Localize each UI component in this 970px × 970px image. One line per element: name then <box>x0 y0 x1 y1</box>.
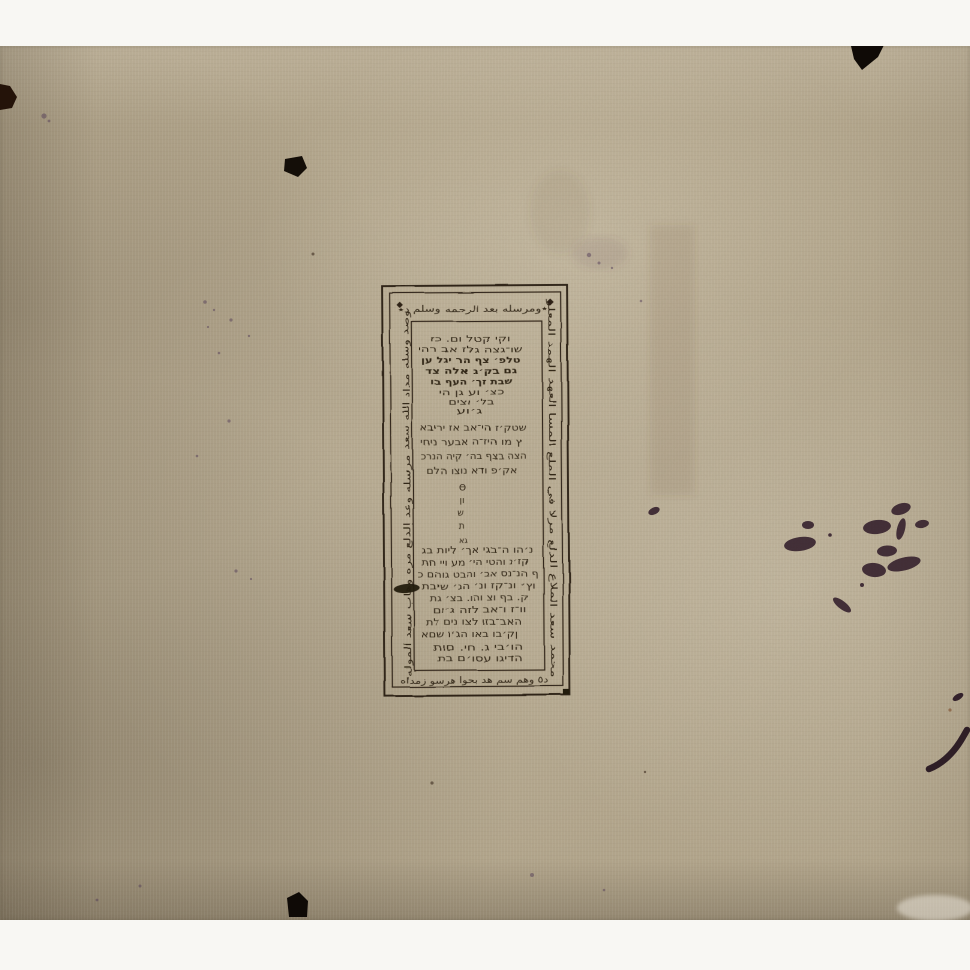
glare-patch <box>897 895 970 921</box>
photo-frame: ٭ومرسله بعد الرحمه وسلم د٭ د٥ وهم سم هد … <box>0 0 970 970</box>
speckle <box>227 419 230 422</box>
script-line: נ׳הו ה־בגי אך׳ ליות בג <box>421 545 533 557</box>
speck <box>312 253 315 256</box>
script-line: וו־ז ו־אב לזה ג׳ום <box>433 605 527 617</box>
script-line: הו׳בי ג. חי. םות <box>433 642 523 654</box>
ink-splatter <box>802 521 814 529</box>
stem-glyph: Ɵ <box>458 483 465 493</box>
speckle <box>196 455 199 458</box>
script-line: האב־בזו לצו נים לת <box>426 617 522 629</box>
stamp-lower-block: נ׳הו ה־בגי אך׳ ליות בג קז׳נ והטי הי׳ מע … <box>417 545 539 665</box>
script-line: קז׳נ והטי הי׳ מע ויי חת <box>421 557 529 569</box>
speckle <box>248 335 250 337</box>
speckle <box>41 113 46 118</box>
speckle <box>203 300 207 304</box>
ink-splatter <box>828 533 832 537</box>
speckle <box>640 300 643 303</box>
speck <box>948 708 951 711</box>
stem-glyph: ון <box>460 496 465 506</box>
speckle <box>218 352 221 355</box>
overlay-art: ٭ومرسله بعد الرحمه وسلم د٭ د٥ وهم سم هد … <box>0 0 970 970</box>
speckle <box>234 569 237 572</box>
stem-glyph: ש <box>458 509 464 519</box>
speck <box>644 771 646 773</box>
band-script-bottom: د٥ وهم سم هد بحوا هرسو زمداه <box>400 675 548 686</box>
script-line: וץ׳ ונ־קז ונ׳ הג׳ שיבת <box>422 581 536 593</box>
rosette-line: ג׳וע <box>456 406 483 416</box>
speckle <box>96 899 99 902</box>
rosette-line: טלפ׳ צף הר יגל ען <box>422 356 521 367</box>
script-line: הדיגו עסו׳ם בת <box>437 653 522 665</box>
script-line: שטק׳ז הי־אב אז יריבא <box>421 423 527 435</box>
rosette-line: וקי קטל ום. כז <box>431 335 511 346</box>
script-line: אק׳פ ודא נוצו הלם <box>426 465 517 477</box>
speckle <box>603 889 606 892</box>
rosette-line: שו־גצה גלז אב רהי <box>419 345 523 356</box>
speckle <box>139 885 142 888</box>
speckle <box>213 309 215 311</box>
speckle <box>598 262 601 265</box>
speckle <box>229 318 232 321</box>
speckle <box>587 253 591 257</box>
vertical-streak-stain <box>650 225 695 495</box>
speck <box>430 781 433 784</box>
script-line: ף הנ־נס אב׳ והבט גוהם כ <box>418 569 539 581</box>
ink-splatter <box>860 583 864 587</box>
rosette-line: גם בק׳ג אלה צד <box>425 366 517 377</box>
speckle <box>611 267 613 269</box>
band-script-top: ٭ومرسله بعد الرحمه وسلم د٭ <box>398 304 548 315</box>
faint-brown-stain <box>530 170 590 254</box>
paper-grain-texture <box>0 46 970 920</box>
script-line: ץ מו היז־ה אבער ניחי <box>421 437 522 449</box>
script-line: ןק׳בו באו הג׳ו שםא <box>421 629 518 641</box>
speckle <box>250 578 252 580</box>
speckle <box>48 120 51 123</box>
stamp-corner-tick <box>563 689 570 695</box>
script-line: הצה בצף בה׳ קיה הנרכ <box>421 451 527 463</box>
speckle <box>207 326 209 328</box>
rosette-line: כצ׳ וע גן הי <box>438 387 505 397</box>
stem-glyph: גא <box>459 536 468 545</box>
rosette-line: שבת זך׳ העף בו <box>430 377 513 388</box>
script-line: ק. בף וצ והו. בצ׳ גת <box>430 593 529 605</box>
stem-glyph: ת <box>459 522 465 532</box>
speckle <box>530 873 534 877</box>
